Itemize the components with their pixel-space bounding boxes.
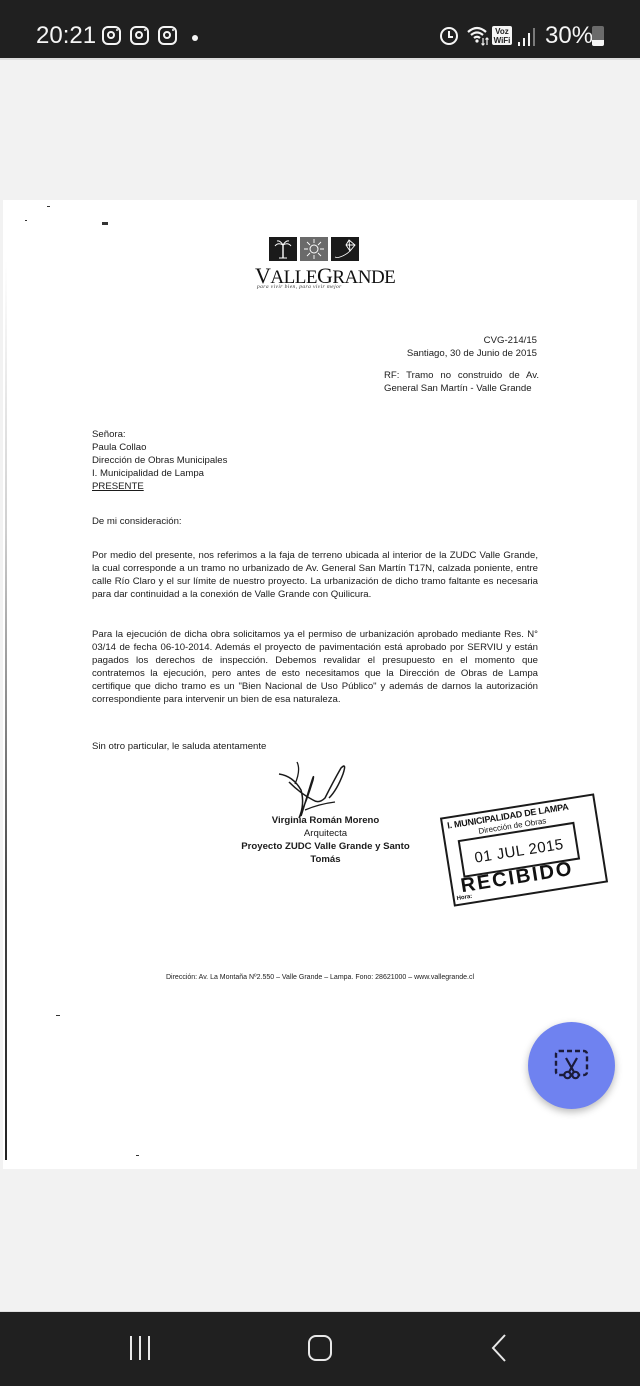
body-paragraph: Por medio del presente, nos referimos a … [92, 549, 538, 601]
signer-role: Arquitecta [228, 827, 423, 840]
more-notifications-dot-icon [192, 35, 198, 41]
scan-speck [47, 206, 50, 207]
divider [0, 58, 640, 60]
scan-speck [56, 1015, 60, 1016]
addressee-title: Señora: [92, 428, 227, 441]
signer-name: Virginia Román Moreno [228, 814, 423, 827]
body-paragraph: Para la ejecución de dicha obra solicita… [92, 628, 538, 706]
reference-code: CVG-214/15 [407, 334, 537, 347]
closing-line: Sin otro particular, le saluda atentamen… [92, 740, 266, 753]
document-page: VALLEGRANDE para vivir bien, para vivir … [3, 200, 637, 1169]
signal-icon [517, 28, 537, 46]
palm-tree-icon [269, 237, 297, 261]
battery-icon [592, 26, 604, 46]
status-bar: 20:21 Voz WiFi 30% [0, 0, 640, 58]
addressee-department: Dirección de Obras Municipales [92, 454, 227, 467]
salutation: De mi consideración: [92, 515, 182, 528]
received-stamp: I. MUNICIPALIDAD DE LAMPA Dirección de O… [440, 793, 608, 906]
instagram-icon [130, 26, 149, 45]
addressee-block: Señora: Paula Collao Dirección de Obras … [92, 428, 227, 493]
wifi-icon [466, 24, 490, 46]
place-date: Santiago, 30 de Junio de 2015 [407, 347, 537, 360]
instagram-icon [158, 26, 177, 45]
screenshot-crop-icon [553, 1047, 590, 1084]
addressee-organization: I. Municipalidad de Lampa [92, 467, 227, 480]
subject-line: RF: Tramo no construido de Av. General S… [384, 369, 539, 395]
home-icon[interactable] [300, 1332, 340, 1364]
scan-speck [136, 1155, 139, 1156]
alarm-icon [440, 27, 458, 45]
kite-icon [331, 237, 359, 261]
signer-project: Proyecto ZUDC Valle Grande y Santo Tomás [228, 840, 423, 866]
vallegrande-logo: VALLEGRANDE para vivir bien, para vivir … [255, 237, 375, 295]
battery-percent: 30% [545, 22, 593, 50]
signer-block: Virginia Román Moreno Arquitecta Proyect… [228, 814, 423, 866]
screenshot-crop-button[interactable] [528, 1022, 615, 1109]
navigation-bar [0, 1312, 640, 1386]
status-time: 20:21 [36, 22, 96, 50]
addressee-presente: PRESENTE [92, 480, 227, 493]
sun-icon [300, 237, 328, 261]
stamp-hora-label: Hora: [456, 894, 472, 902]
logo-tagline: para vivir bien, para vivir mejor [257, 284, 375, 290]
scan-speck [25, 220, 27, 221]
letterhead-footer: Dirección: Av. La Montaña Nº2.550 – Vall… [3, 971, 637, 984]
vowifi-icon: Voz WiFi [492, 26, 512, 45]
addressee-name: Paula Collao [92, 441, 227, 454]
back-icon[interactable] [480, 1332, 520, 1364]
reference-block: CVG-214/15 Santiago, 30 de Junio de 2015 [407, 334, 537, 360]
handwritten-signature [271, 760, 361, 822]
scan-speck [102, 222, 108, 225]
instagram-icon [102, 26, 121, 45]
scan-edge [5, 260, 7, 1160]
recents-icon[interactable] [121, 1332, 161, 1364]
